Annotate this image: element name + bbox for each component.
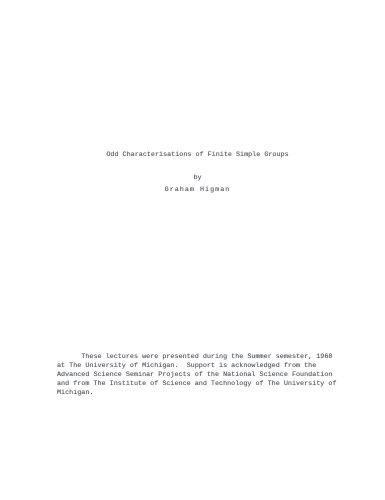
author-name: Graham Higman bbox=[10, 186, 385, 195]
page-title: Odd Characterisations of Finite Simple G… bbox=[10, 151, 385, 160]
byline: by bbox=[10, 174, 385, 183]
acknowledgement-paragraph: These lectures were presented during the… bbox=[57, 353, 337, 398]
document-page: Odd Characterisations of Finite Simple G… bbox=[0, 0, 385, 500]
